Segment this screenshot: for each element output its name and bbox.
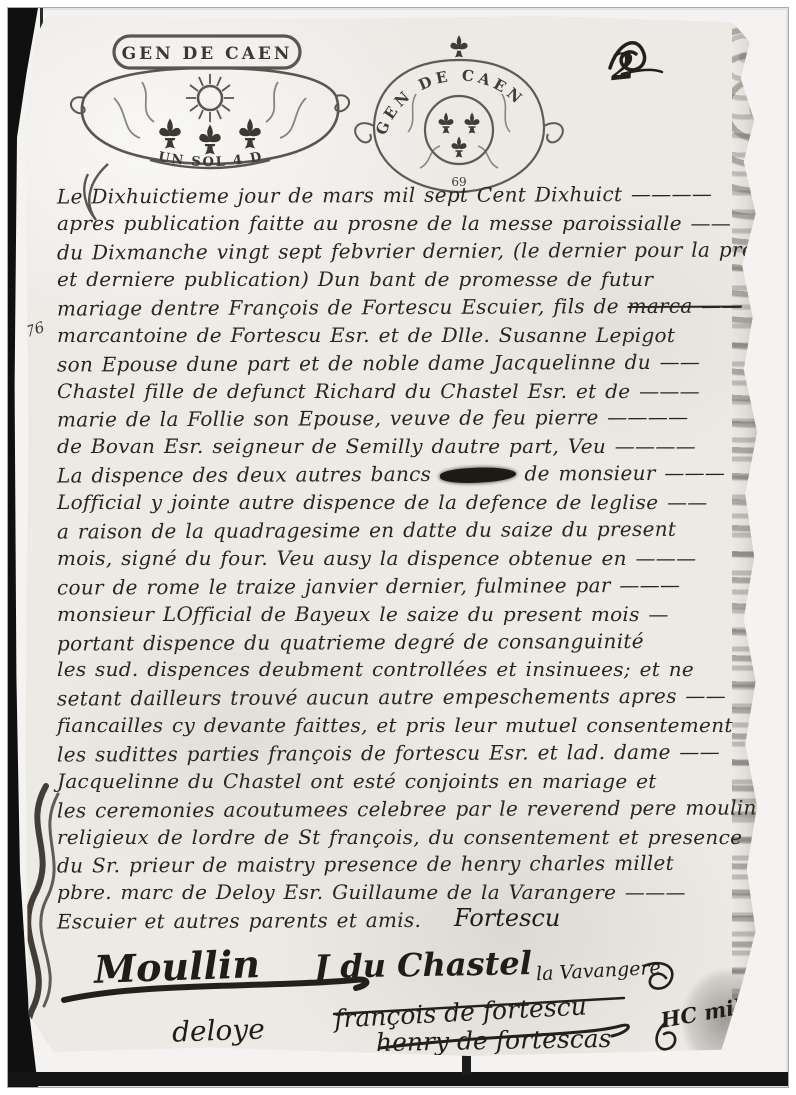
- manuscript-line: fiancailles cy devante faittes, et pris …: [57, 712, 759, 738]
- left-margin-flourish: [28, 786, 46, 1056]
- scanner-background-bottom: [8, 1072, 788, 1086]
- manuscript-line: religieux de lordre de St françois, du c…: [57, 824, 759, 850]
- signature-fortescu: Fortescu: [454, 904, 560, 932]
- manuscript-line: et derniere publication) Dun bant de pro…: [57, 266, 759, 292]
- signature-du-chastel: J du Chastel: [314, 944, 532, 986]
- manuscript-line: marie de la Follie son Epouse, veuve de …: [57, 403, 759, 432]
- manuscript-line: mois, signé du four. Veu ausy la dispenc…: [57, 545, 759, 571]
- line-text: mariage dentre François de Fortescu Escu…: [57, 294, 619, 320]
- struck-word: marca ——: [627, 294, 741, 318]
- manuscript-page: GEN DE CAEN UN SOL 4 D GEN DE CAE: [24, 16, 766, 1056]
- manuscript-line: son Epouse dune part et de noble dame Ja…: [57, 348, 759, 377]
- binding-mark: [462, 1055, 471, 1075]
- manuscript-line: du Sr. prieur de maistry presence de hen…: [57, 849, 759, 878]
- manuscript-line: La dispence des deux autres bancs de mon…: [57, 459, 759, 488]
- manuscript-line: portant dispence du quatrieme degré de c…: [57, 627, 759, 656]
- manuscript-line: du Dixmanche vingt sept febvrier dernier…: [57, 236, 759, 265]
- manuscript-line: les ceremonies acoutumees celebree par l…: [57, 794, 759, 823]
- manuscript-line: mariage dentre François de Fortescu Escu…: [57, 292, 759, 321]
- manuscript-line: apres publication faitte au prosne de la…: [57, 210, 759, 236]
- manuscript-line: les sud. dispences deubment controllées …: [57, 656, 759, 682]
- manuscript-line: Jacquelinne du Chastel ont esté conjoint…: [57, 768, 759, 794]
- manuscript-line: monsieur LOfficial de Bayeux le saize du…: [57, 601, 759, 627]
- stamp-left-top-text: GEN DE CAEN: [122, 44, 293, 64]
- ink-blot: [440, 467, 516, 484]
- line-text: de monsieur ———: [524, 461, 725, 486]
- manuscript-line: setant dailleurs trouvé aucun autre empe…: [57, 682, 759, 711]
- signature-la-vavangere: la Vavangere: [536, 957, 662, 986]
- document-scan: GEN DE CAEN UN SOL 4 D GEN DE CAE: [0, 0, 796, 1095]
- line-text: La dispence des deux autres bancs: [57, 462, 440, 488]
- signature-deloye: deloye: [171, 1012, 265, 1048]
- manuscript-line: cour de rome le traize janvier dernier, …: [57, 571, 759, 600]
- manuscript-line: a raison de la quadragesime en datte du …: [57, 515, 759, 544]
- manuscript-line: pbre. marc de Deloy Esr. Guillaume de la…: [57, 879, 759, 905]
- manuscript-line: Escuier et autres parents et amis.: [57, 905, 759, 934]
- manuscript-line: marcantoine de Fortescu Esr. et de Dlle.…: [57, 322, 759, 348]
- signature-henry-de-fortescas: henry de fortescas: [376, 1024, 612, 1057]
- manuscript-line: Lofficial y jointe autre dispence de la …: [57, 489, 759, 515]
- manuscript-line: Le Dixhuictieme jour de mars mil sept Ce…: [57, 180, 759, 209]
- folio-number: 2: [608, 45, 637, 89]
- signature-moullin: Moullin: [93, 941, 260, 992]
- manuscript-line: les sudittes parties françois de fortesc…: [57, 738, 759, 767]
- manuscript-line: Chastel fille de defunct Richard du Chas…: [57, 378, 759, 404]
- manuscript-line: de Bovan Esr. seigneur de Semilly dautre…: [57, 433, 759, 459]
